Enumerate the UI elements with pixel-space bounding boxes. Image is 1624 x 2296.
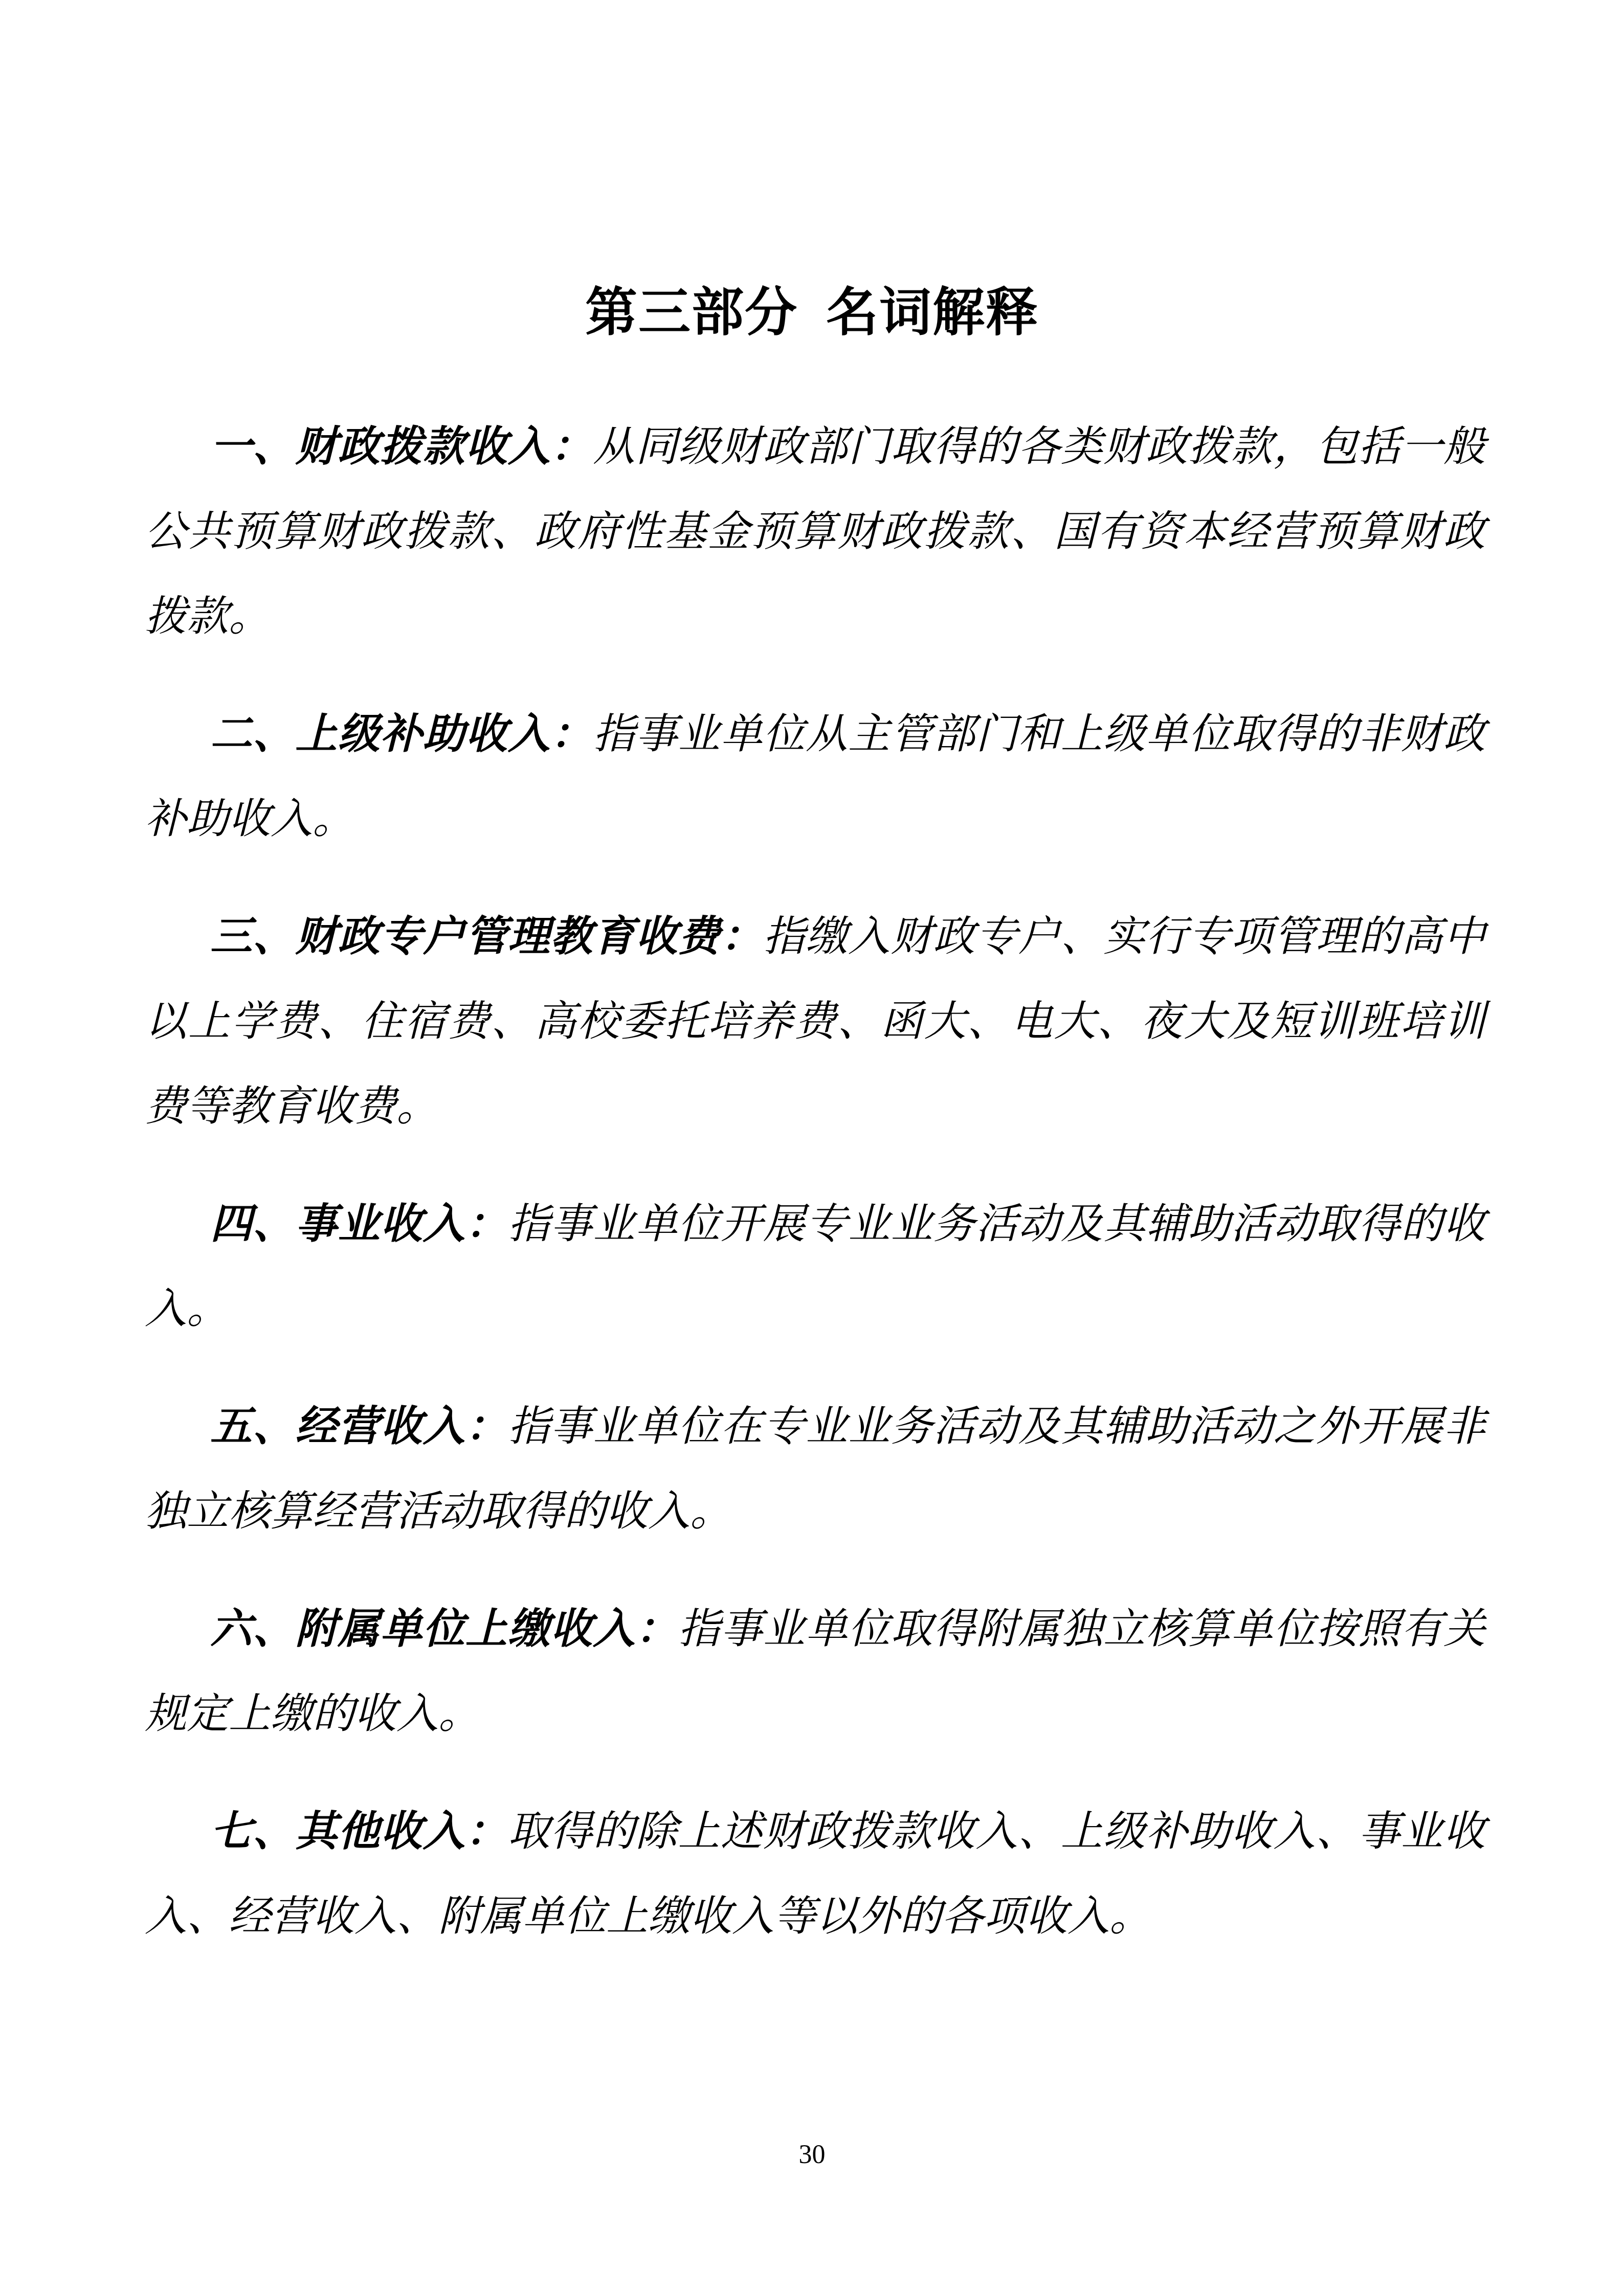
document-body: 一、财政拨款收入：从同级财政部门取得的各类财政拨款，包括一般公共预算财政拨款、政… — [145, 404, 1485, 1959]
document-page: 第三部分 名词解释 一、财政拨款收入：从同级财政部门取得的各类财政拨款，包括一般… — [0, 0, 1624, 2296]
definition-paragraph: 七、其他收入：取得的除上述财政拨款收入、上级补助收入、事业收入、经营收入、附属单… — [145, 1789, 1485, 1959]
definition-paragraph: 五、经营收入：指事业单位在专业业务活动及其辅助活动之外开展非独立核算经营活动取得… — [145, 1384, 1485, 1554]
page-title: 第三部分 名词解释 — [0, 280, 1624, 347]
term-label: 四、事业收入： — [210, 1201, 508, 1247]
definition-paragraph: 六、附属单位上缴收入：指事业单位取得附属独立核算单位按照有关规定上缴的收入。 — [145, 1587, 1485, 1757]
term-label: 三、财政专户管理教育收费： — [210, 913, 763, 960]
definition-paragraph: 三、财政专户管理教育收费：指缴入财政专户、实行专项管理的高中以上学费、住宿费、高… — [145, 894, 1485, 1149]
term-label: 七、其他收入： — [210, 1808, 508, 1855]
term-label: 五、经营收入： — [210, 1403, 508, 1450]
term-label: 二、上级补助收入： — [210, 711, 593, 757]
term-label: 六、附属单位上缴收入： — [210, 1606, 678, 1652]
definition-paragraph: 一、财政拨款收入：从同级财政部门取得的各类财政拨款，包括一般公共预算财政拨款、政… — [145, 404, 1485, 659]
page-number: 30 — [0, 2140, 1624, 2170]
term-label: 一、财政拨款收入： — [210, 423, 593, 470]
definition-paragraph: 二、上级补助收入：指事业单位从主管部门和上级单位取得的非财政补助收入。 — [145, 692, 1485, 862]
definition-paragraph: 四、事业收入：指事业单位开展专业业务活动及其辅助活动取得的收入。 — [145, 1182, 1485, 1352]
